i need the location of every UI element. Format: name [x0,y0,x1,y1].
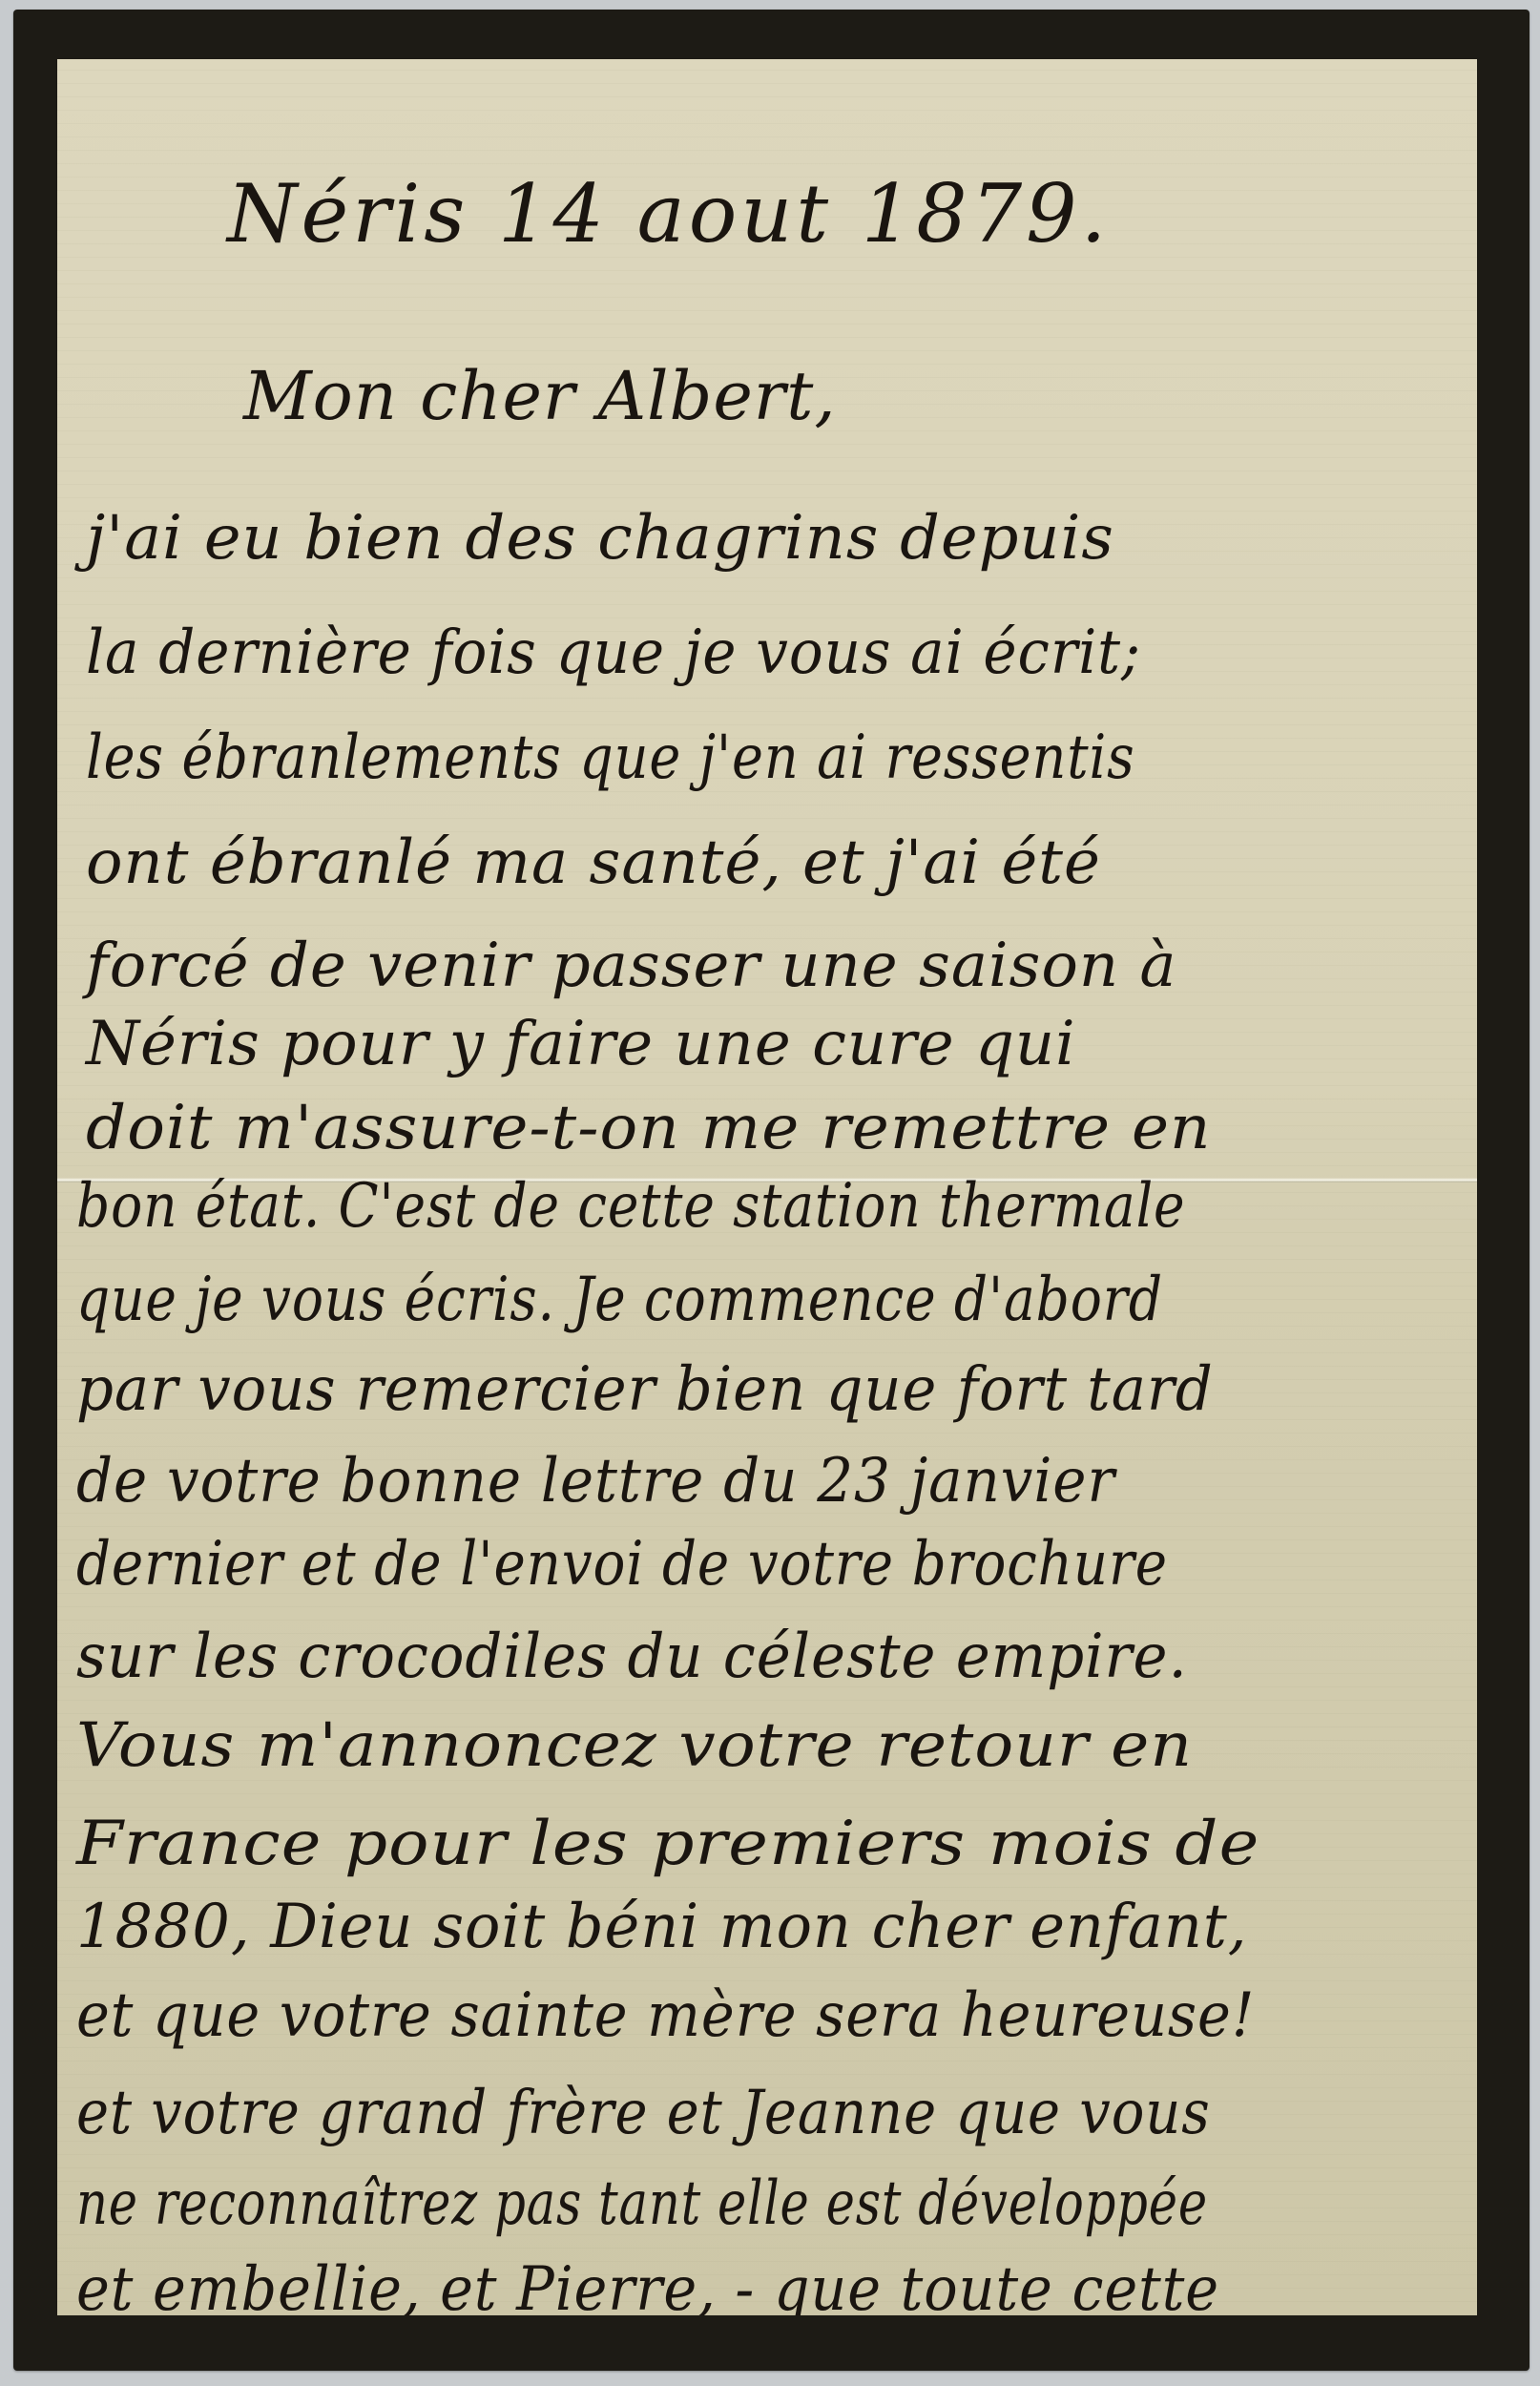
letter-line-16: 1880, Dieu soit béni mon cher enfant, [76,1896,1247,1957]
letter-line-8: bon état. C'est de cette station thermal… [76,1176,1185,1237]
letter-paper: Néris 14 aout 1879. Mon cher Albert, j'a… [57,59,1477,2315]
letter-line-3: les ébranlements que j'en ai ressentis [86,727,1135,788]
letter-line-14: Vous m'annoncez votre retour en [76,1715,1193,1776]
letter-line-12: dernier et de l'envoi de votre brochure [76,1534,1168,1595]
letter-line-9: que je vous écris. Je commence d'abord [76,1269,1163,1330]
letter-line-6: Néris pour y faire une cure qui [86,1014,1076,1075]
letter-line-19: ne reconnaîtrez pas tant elle est dévelo… [76,2173,1208,2234]
letter-line-13: sur les crocodiles du céleste empire. [76,1626,1188,1687]
letter-line-20: et embellie, et Pierre, - que toute cett… [76,2259,1219,2315]
letter-line-4: ont ébranlé ma santé, et j'ai été [86,832,1101,893]
letter-line-11: de votre bonne lettre du 23 janvier [76,1451,1115,1512]
letter-line-10: par vous remercier bien que fort tard [76,1359,1214,1420]
letter-line-17: et que votre sainte mère sera heureuse! [76,1985,1255,2046]
letter-line-18: et votre grand frère et Jeanne que vous [76,2083,1211,2144]
letter-line-2: la dernière fois que je vous ai écrit; [86,622,1141,683]
letter-line-15: France pour les premiers mois de [76,1813,1259,1874]
letter-line-1: j'ai eu bien des chagrins depuis [86,508,1114,569]
letter-line-5: forcé de venir passer une saison à [86,935,1177,996]
letter-date-heading: Néris 14 aout 1879. [227,174,1110,254]
letter-salutation: Mon cher Albert, [243,363,837,429]
letter-line-7: doit m'assure-t-on me remettre en [86,1098,1212,1159]
